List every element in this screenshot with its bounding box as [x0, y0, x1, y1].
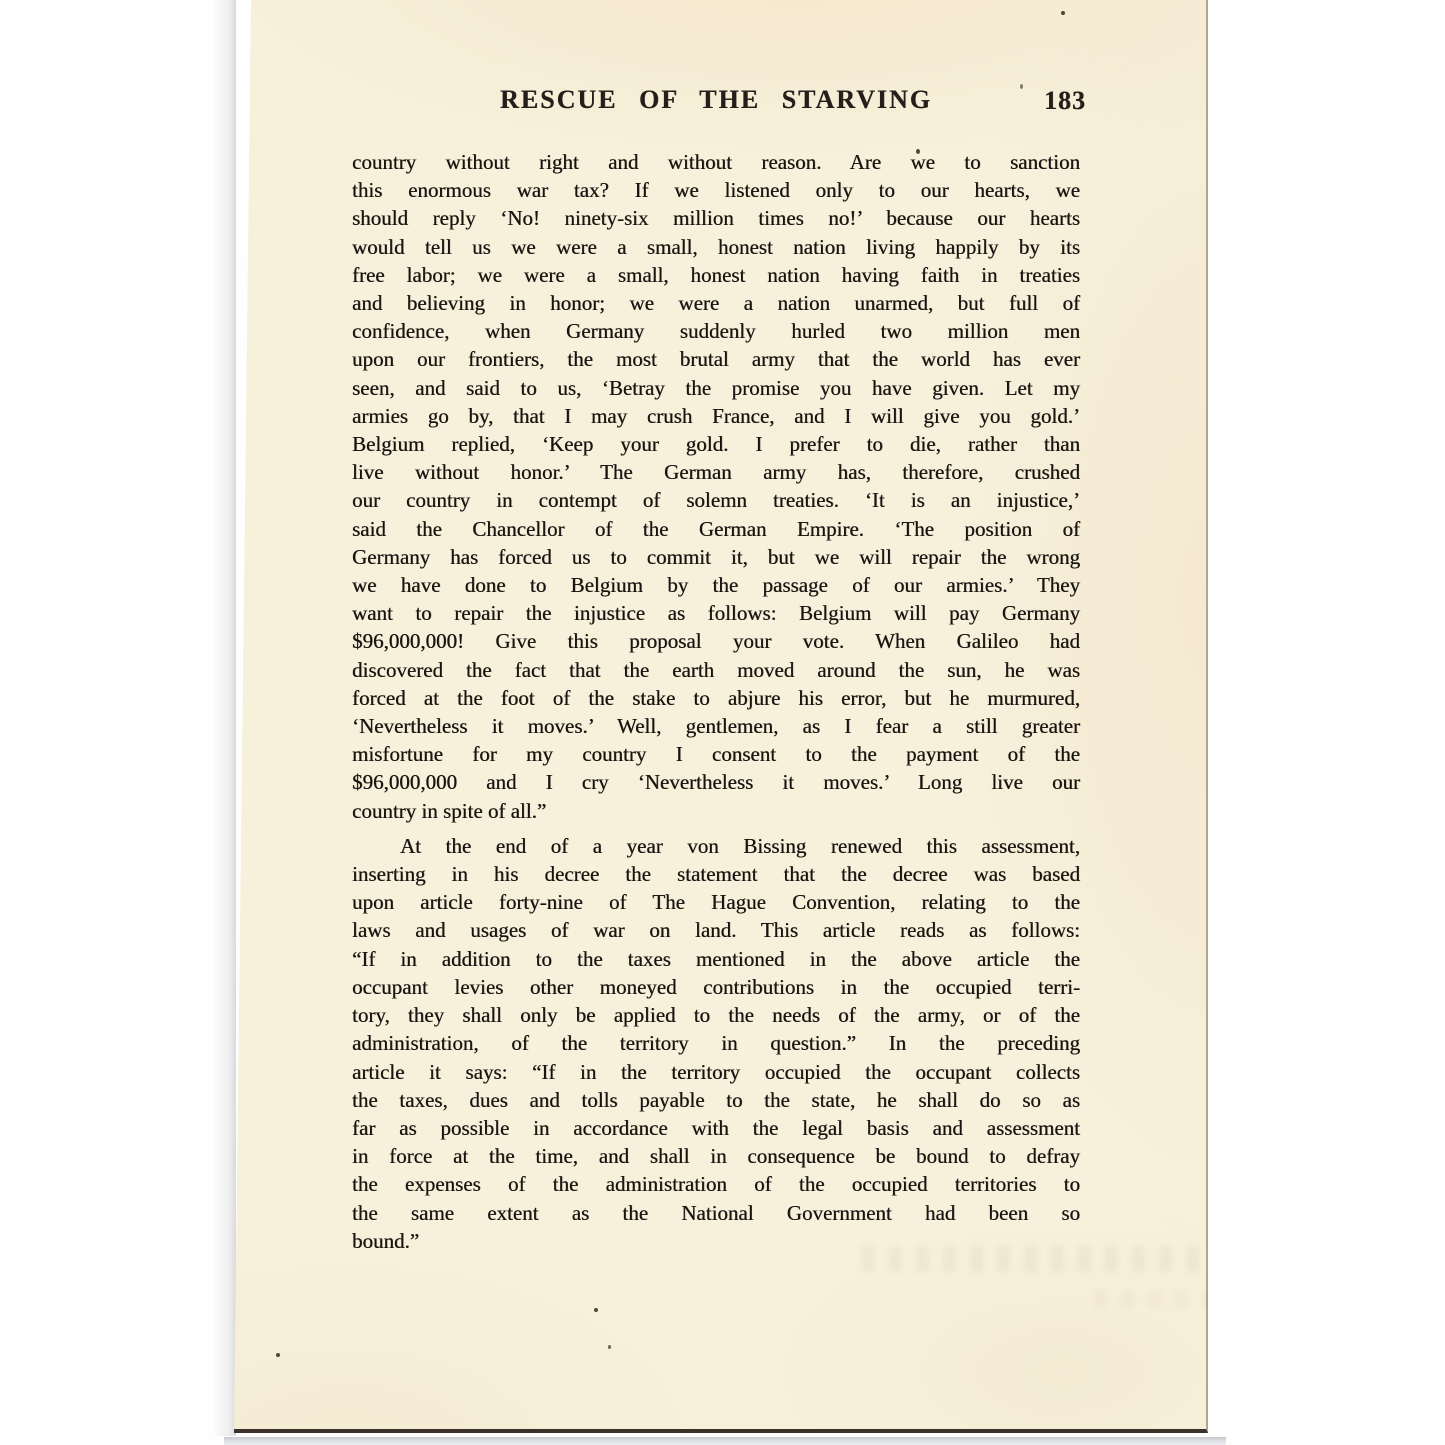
scan-background: RESCUE OF THE STARVING 183 country witho…: [0, 0, 1445, 1445]
text-line: and believing in honor; we were a nation…: [352, 289, 1080, 317]
page-left-edge-shadow: [212, 0, 236, 1436]
ink-speck: [916, 149, 920, 154]
text-line: $96,000,000! Give this proposal your vot…: [352, 627, 1080, 655]
text-line: we have done to Belgium by the passage o…: [352, 571, 1080, 599]
text-line: confidence, when Germany suddenly hurled…: [352, 317, 1080, 345]
text-line: the same extent as the National Governme…: [352, 1199, 1080, 1227]
ink-speck: [1020, 84, 1023, 89]
text-line: seen, and said to us, ‘Betray the promis…: [352, 374, 1080, 402]
text-line: country without right and without reason…: [352, 148, 1080, 176]
text-line: our country in contempt of solemn treati…: [352, 486, 1080, 514]
text-line: want to repair the injustice as follows:…: [352, 599, 1080, 627]
page-number: 183: [1044, 87, 1086, 115]
paragraph: At the end of a year von Bissing renewed…: [352, 832, 1080, 1255]
text-line: upon our frontiers, the most brutal army…: [352, 345, 1080, 373]
text-line: administration, of the territory in ques…: [352, 1029, 1080, 1057]
text-line: should reply ‘No! ninety-six million tim…: [352, 204, 1080, 232]
text-line: laws and usages of war on land. This art…: [352, 916, 1080, 944]
paragraph: country without right and without reason…: [352, 148, 1080, 825]
text-line: upon article forty-nine of The Hague Con…: [352, 888, 1080, 916]
text-line: free labor; we were a small, honest nati…: [352, 261, 1080, 289]
text-line: “If in addition to the taxes mentioned i…: [352, 945, 1080, 973]
bleedthrough-smudge: [1094, 1290, 1394, 1308]
text-line: Germany has forced us to commit it, but …: [352, 543, 1080, 571]
page-body: country without right and without reason…: [352, 148, 1080, 1255]
text-line: in force at the time, and shall in conse…: [352, 1142, 1080, 1170]
page-header: RESCUE OF THE STARVING 183: [352, 86, 1080, 116]
text-line: Belgium replied, ‘Keep your gold. I pref…: [352, 430, 1080, 458]
book-page: RESCUE OF THE STARVING 183 country witho…: [234, 0, 1208, 1433]
page-bottom-edge-shadow: [224, 1437, 1226, 1445]
text-line: forced at the foot of the stake to abjur…: [352, 684, 1080, 712]
text-line: tory, they shall only be applied to the …: [352, 1001, 1080, 1029]
text-line: misfortune for my country I consent to t…: [352, 740, 1080, 768]
text-line: inserting in his decree the statement th…: [352, 860, 1080, 888]
text-line: this enormous war tax? If we listened on…: [352, 176, 1080, 204]
bleedthrough-smudge: [862, 1246, 1324, 1272]
text-line: armies go by, that I may crush France, a…: [352, 402, 1080, 430]
text-line: would tell us we were a small, honest na…: [352, 233, 1080, 261]
ink-speck: [594, 1308, 598, 1312]
text-line: At the end of a year von Bissing renewed…: [352, 832, 1080, 860]
running-title: RESCUE OF THE STARVING: [352, 86, 1080, 114]
text-line: the taxes, dues and tolls payable to the…: [352, 1086, 1080, 1114]
text-line: occupant levies other moneyed contributi…: [352, 973, 1080, 1001]
text-line: the expenses of the administration of th…: [352, 1170, 1080, 1198]
text-line: article it says: “If in the territory oc…: [352, 1058, 1080, 1086]
text-line: ‘Nevertheless it moves.’ Well, gentlemen…: [352, 712, 1080, 740]
text-line: discovered the fact that the earth moved…: [352, 656, 1080, 684]
ink-speck: [608, 1345, 611, 1349]
text-line: said the Chancellor of the German Empire…: [352, 515, 1080, 543]
text-line: live without honor.’ The German army has…: [352, 458, 1080, 486]
text-line: country in spite of all.”: [352, 797, 1080, 825]
ink-speck: [1061, 11, 1065, 15]
text-line: $96,000,000 and I cry ‘Nevertheless it m…: [352, 768, 1080, 796]
ink-speck: [276, 1353, 280, 1357]
text-line: far as possible in accordance with the l…: [352, 1114, 1080, 1142]
